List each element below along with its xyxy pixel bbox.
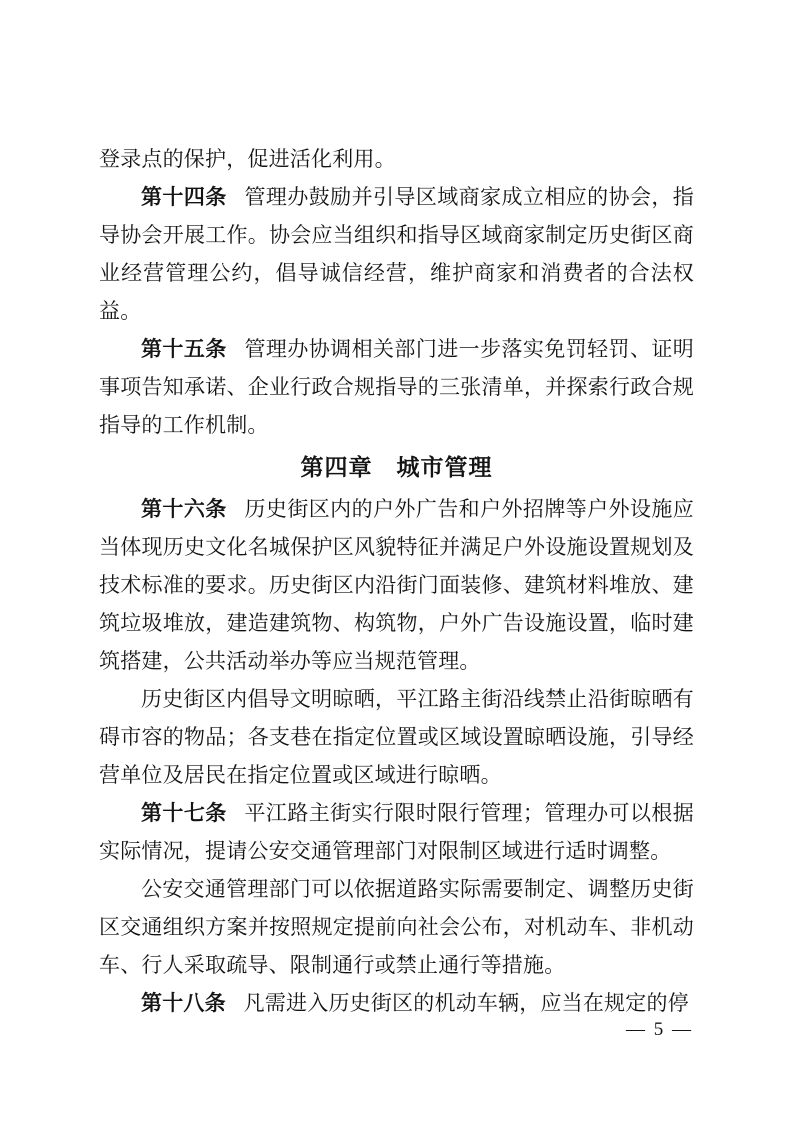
paragraph-continuation: 登录点的保护，促进活化利用。	[99, 140, 694, 178]
article-16-text: 历史街区内的户外广告和户外招牌等户外设施应当体现历史文化名城保护区风貌特征并满足…	[99, 497, 694, 673]
document-page: 登录点的保护，促进活化利用。 第十四条管理办鼓励并引导区域商家成立相应的协会，指…	[0, 0, 793, 1122]
article-18-number: 第十八条	[141, 991, 226, 1015]
article-16-paragraph: 第十六条历史街区内的户外广告和户外招牌等户外设施应当体现历史文化名城保护区风貌特…	[99, 490, 694, 680]
article-18-paragraph: 第十八条凡需进入历史街区的机动车辆，应当在规定的停	[99, 984, 694, 1022]
drying-rules-text: 历史街区内倡导文明晾晒，平江路主街沿线禁止沿街晾晒有碍市容的物品；各支巷在指定位…	[99, 687, 694, 787]
traffic-plan-text: 公安交通管理部门可以依据道路实际需要制定、调整历史街区交通组织方案并按照规定提前…	[99, 877, 694, 977]
page-number: — 5 —	[626, 1018, 693, 1042]
article-15-number: 第十五条	[141, 337, 227, 361]
article-15-paragraph: 第十五条管理办协调相关部门进一步落实免罚轻罚、证明事项告知承诺、企业行政合规指导…	[99, 330, 694, 444]
drying-rules-paragraph: 历史街区内倡导文明晾晒，平江路主街沿线禁止沿街晾晒有碍市容的物品；各支巷在指定位…	[99, 680, 694, 794]
article-16-number: 第十六条	[141, 497, 227, 521]
paragraph-text: 登录点的保护，促进活化利用。	[99, 147, 396, 171]
document-body: 登录点的保护，促进活化利用。 第十四条管理办鼓励并引导区域商家成立相应的协会，指…	[99, 0, 694, 1022]
article-14-paragraph: 第十四条管理办鼓励并引导区域商家成立相应的协会，指导协会开展工作。协会应当组织和…	[99, 178, 694, 330]
article-17-paragraph: 第十七条平江路主街实行限时限行管理；管理办可以根据实际情况，提请公安交通管理部门…	[99, 794, 694, 870]
article-18-text: 凡需进入历史街区的机动车辆，应当在规定的停	[244, 991, 689, 1015]
article-14-number: 第十四条	[141, 185, 227, 209]
article-17-number: 第十七条	[141, 801, 227, 825]
traffic-plan-paragraph: 公安交通管理部门可以依据道路实际需要制定、调整历史街区交通组织方案并按照规定提前…	[99, 870, 694, 984]
chapter-heading: 第四章 城市管理	[99, 444, 694, 490]
